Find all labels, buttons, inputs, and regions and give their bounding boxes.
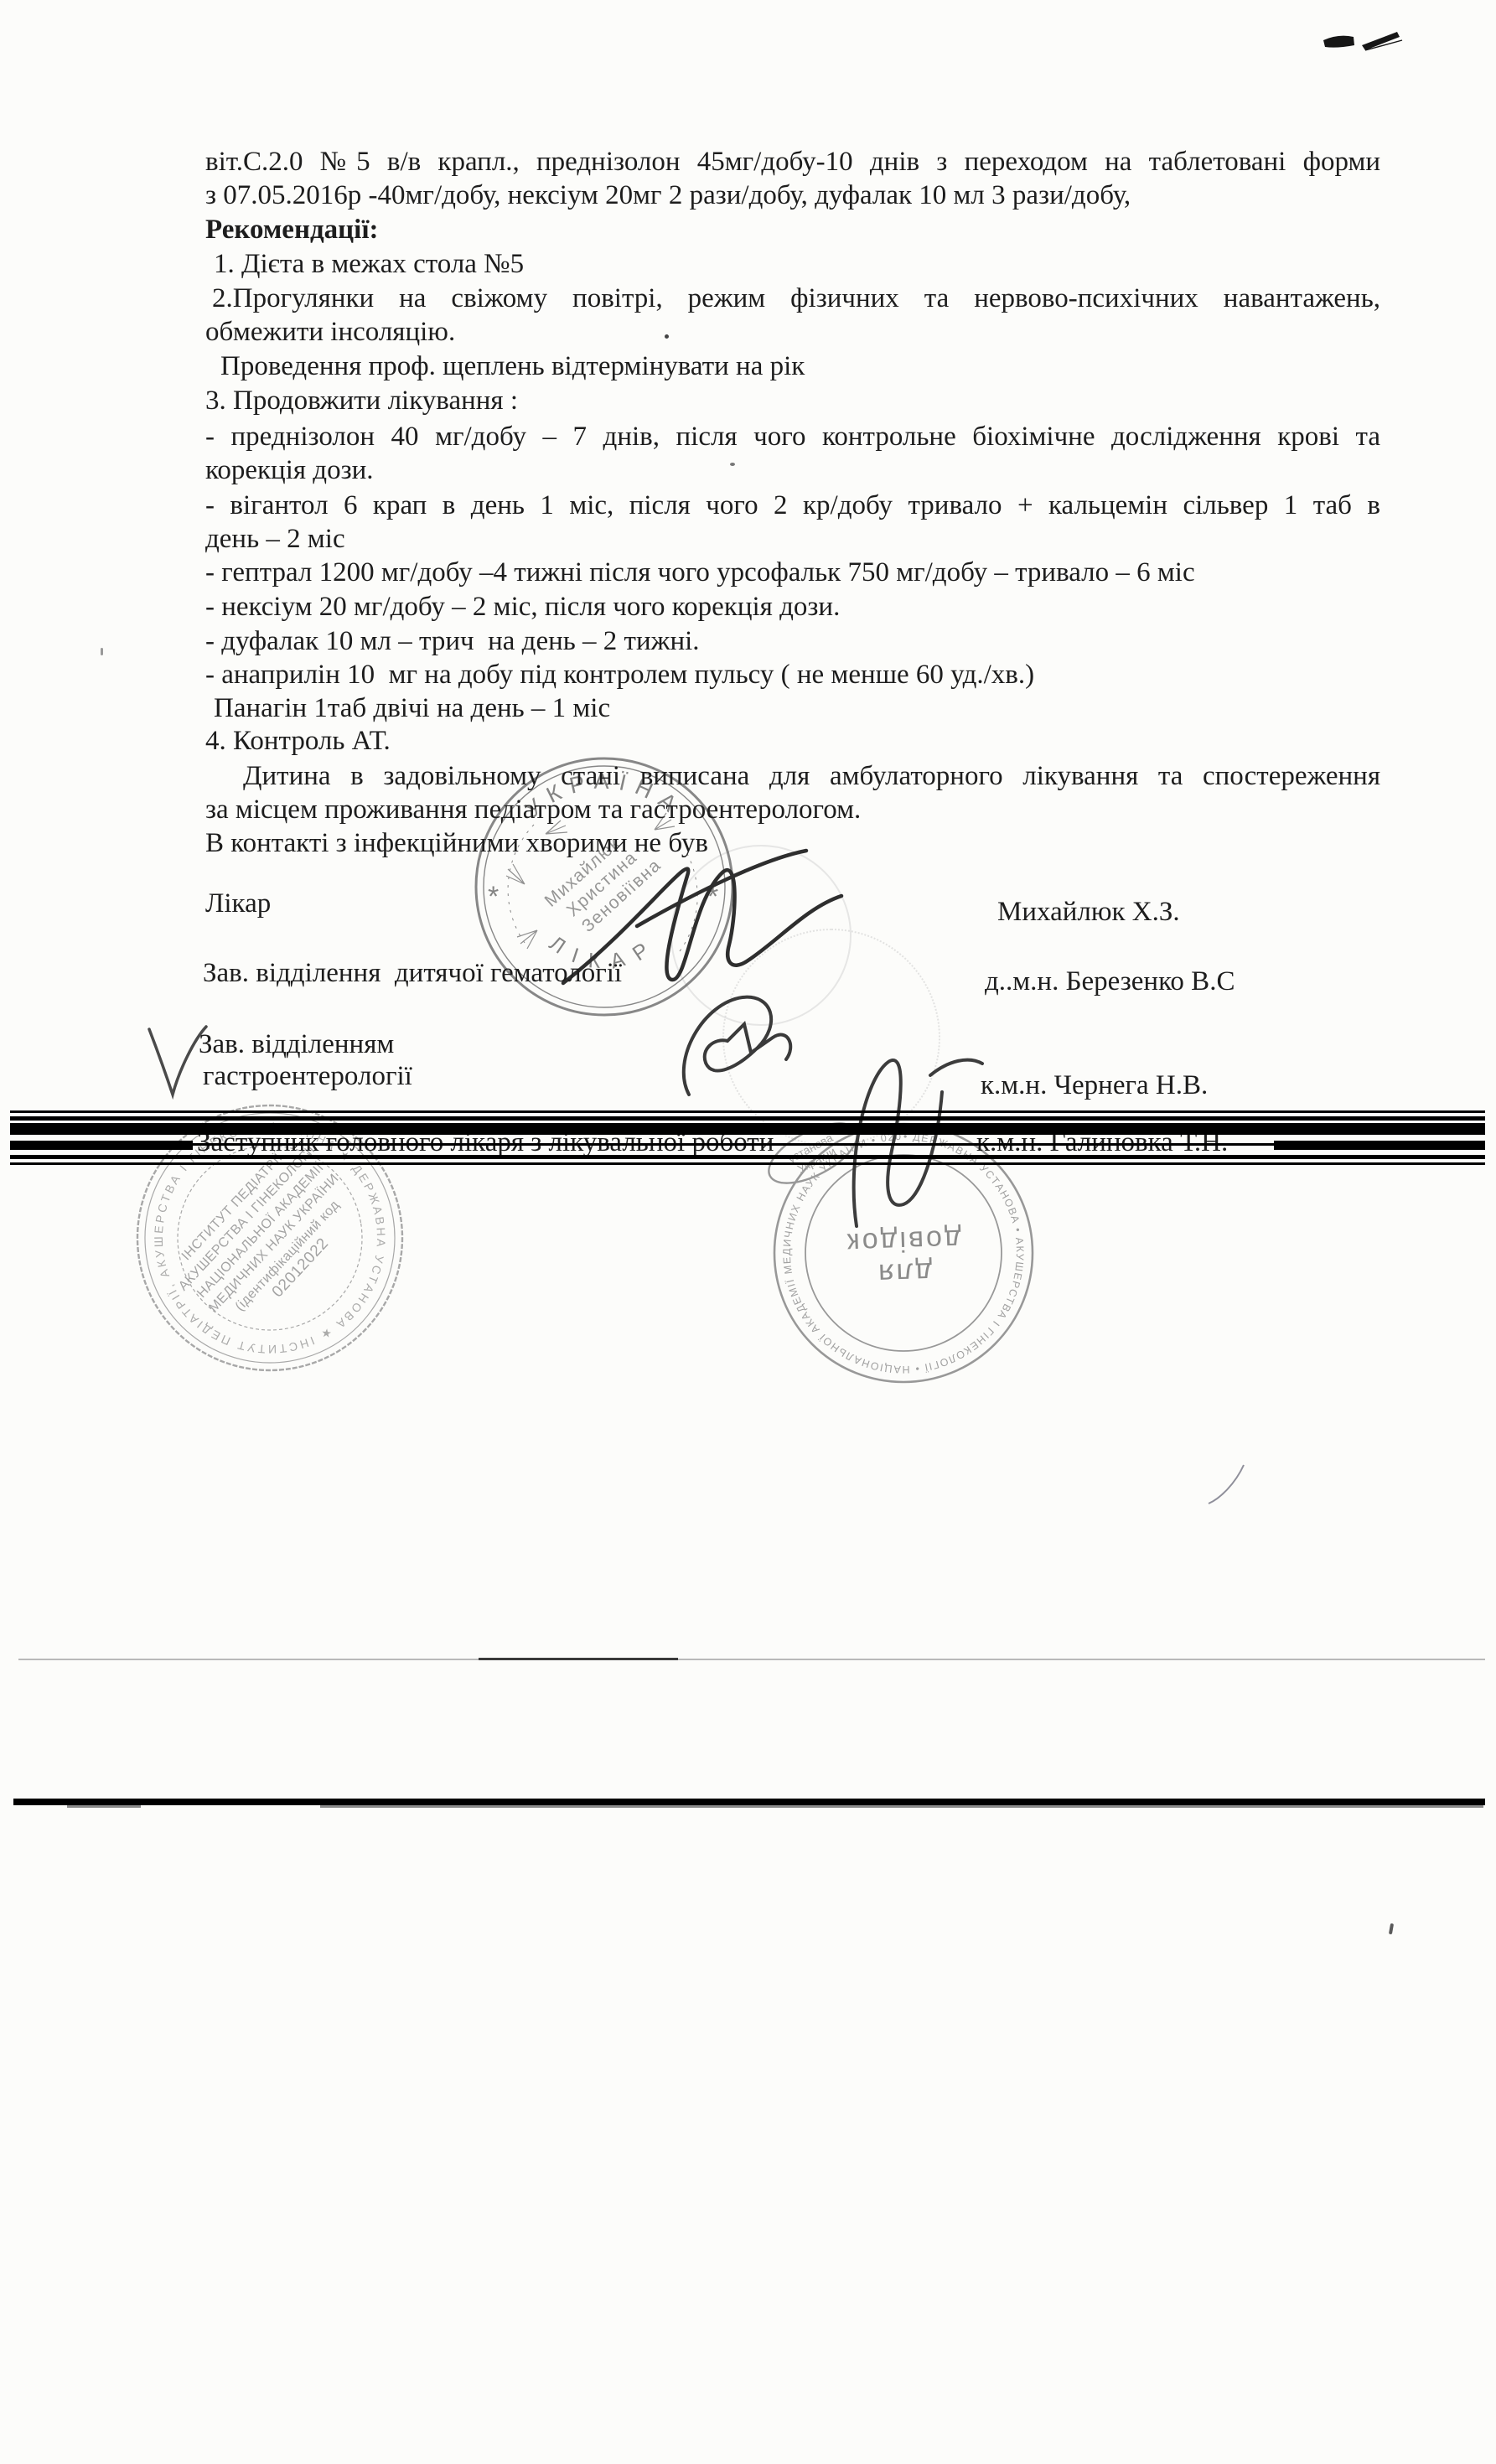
body-line: 3. Продовжити лікування : xyxy=(205,384,1380,417)
dust-speck xyxy=(101,648,103,655)
body-line: віт.С.2.0 №5 в/в крапл., преднізолон 45м… xyxy=(205,145,1380,179)
scan-artifact-bar xyxy=(10,1110,1485,1113)
body-line: - преднізолон 40 мг/добу – 7 днів, після… xyxy=(205,420,1380,453)
stray-pen-arc xyxy=(1205,1460,1255,1510)
thick-rule-subline xyxy=(320,1805,1483,1808)
body-line: день – 2 міс xyxy=(205,522,1380,556)
body-line: за місцем проживання педіатром та гастро… xyxy=(205,793,1380,826)
signer-name-hematology: д..м.н. Березенко В.С xyxy=(985,966,1235,997)
body-line: Панагін 1таб двічі на день – 1 міс xyxy=(205,691,1389,725)
scan-artifact-bar xyxy=(10,1141,193,1150)
thin-rule-dark-segment xyxy=(479,1658,678,1660)
scan-artifact-bar xyxy=(1274,1141,1485,1150)
signer-role-doctor: Лікар xyxy=(205,888,271,919)
signer-role-gastro-line1: Зав. відділенням xyxy=(199,1029,394,1060)
body-line: 2.Прогулянки на свіжому повітрі, режим ф… xyxy=(205,282,1380,315)
body-line: - анаприлін 10 мг на добу під контролем … xyxy=(205,658,1380,691)
body-line: Проведення проф. щеплень відтермінувати … xyxy=(205,349,1395,383)
scan-artifact-bar xyxy=(10,1162,1485,1165)
scan-artifact-strike xyxy=(193,1143,1274,1146)
body-line: - гептрал 1200 мг/добу –4 тижні після чо… xyxy=(205,556,1380,589)
stamp-star-left: * xyxy=(488,881,499,913)
section-heading: Рекомендації: xyxy=(205,213,1380,246)
signer-role-hematology: Зав. відділення дитячої гематології xyxy=(203,958,622,989)
thin-rule xyxy=(18,1659,1485,1660)
handwritten-checkmark xyxy=(144,1022,211,1102)
signer-role-gastro-line2: гастроентерології xyxy=(203,1061,412,1092)
ink-dash-marks xyxy=(1320,27,1412,60)
signer-name-gastro: к.м.н. Чернега Н.В. xyxy=(981,1070,1208,1101)
scan-artifact-bar xyxy=(10,1123,1485,1135)
body-line: - дуфалак 10 мл – трич на день – 2 тижні… xyxy=(205,624,1380,658)
scan-artifact-bar xyxy=(10,1155,1485,1159)
scanned-medical-document-page: { "body": { "lines": [ {"text": "віт.С.2… xyxy=(0,0,1496,2464)
body-line: - вігантол 6 крап в день 1 міс, після чо… xyxy=(205,489,1380,522)
body-line: корекція дози. xyxy=(205,453,1380,487)
body-line: Дитина в задовільному стані виписана для… xyxy=(205,759,1380,793)
dust-speck xyxy=(1389,1923,1394,1934)
thick-rule-subline xyxy=(67,1805,141,1808)
body-line: 1. Дієта в межах стола №5 xyxy=(205,247,1389,281)
body-line: з 07.05.2016р -40мг/добу, нексіум 20мг 2… xyxy=(205,179,1380,212)
body-line: обмежити інсоляцію. xyxy=(205,315,1380,349)
body-line: В контакті з інфекційними хворими не був xyxy=(205,826,1380,860)
scan-artifact-bar xyxy=(10,1116,1485,1121)
signer-name-doctor: Михайлюк Х.З. xyxy=(997,897,1180,928)
body-line: 4. Контроль АТ. xyxy=(205,724,1380,758)
thick-rule xyxy=(13,1799,1485,1805)
body-line: - нексіум 20 мг/добу – 2 міс, після чого… xyxy=(205,590,1380,624)
reference-stamp-center-word1: для xyxy=(876,1256,933,1290)
